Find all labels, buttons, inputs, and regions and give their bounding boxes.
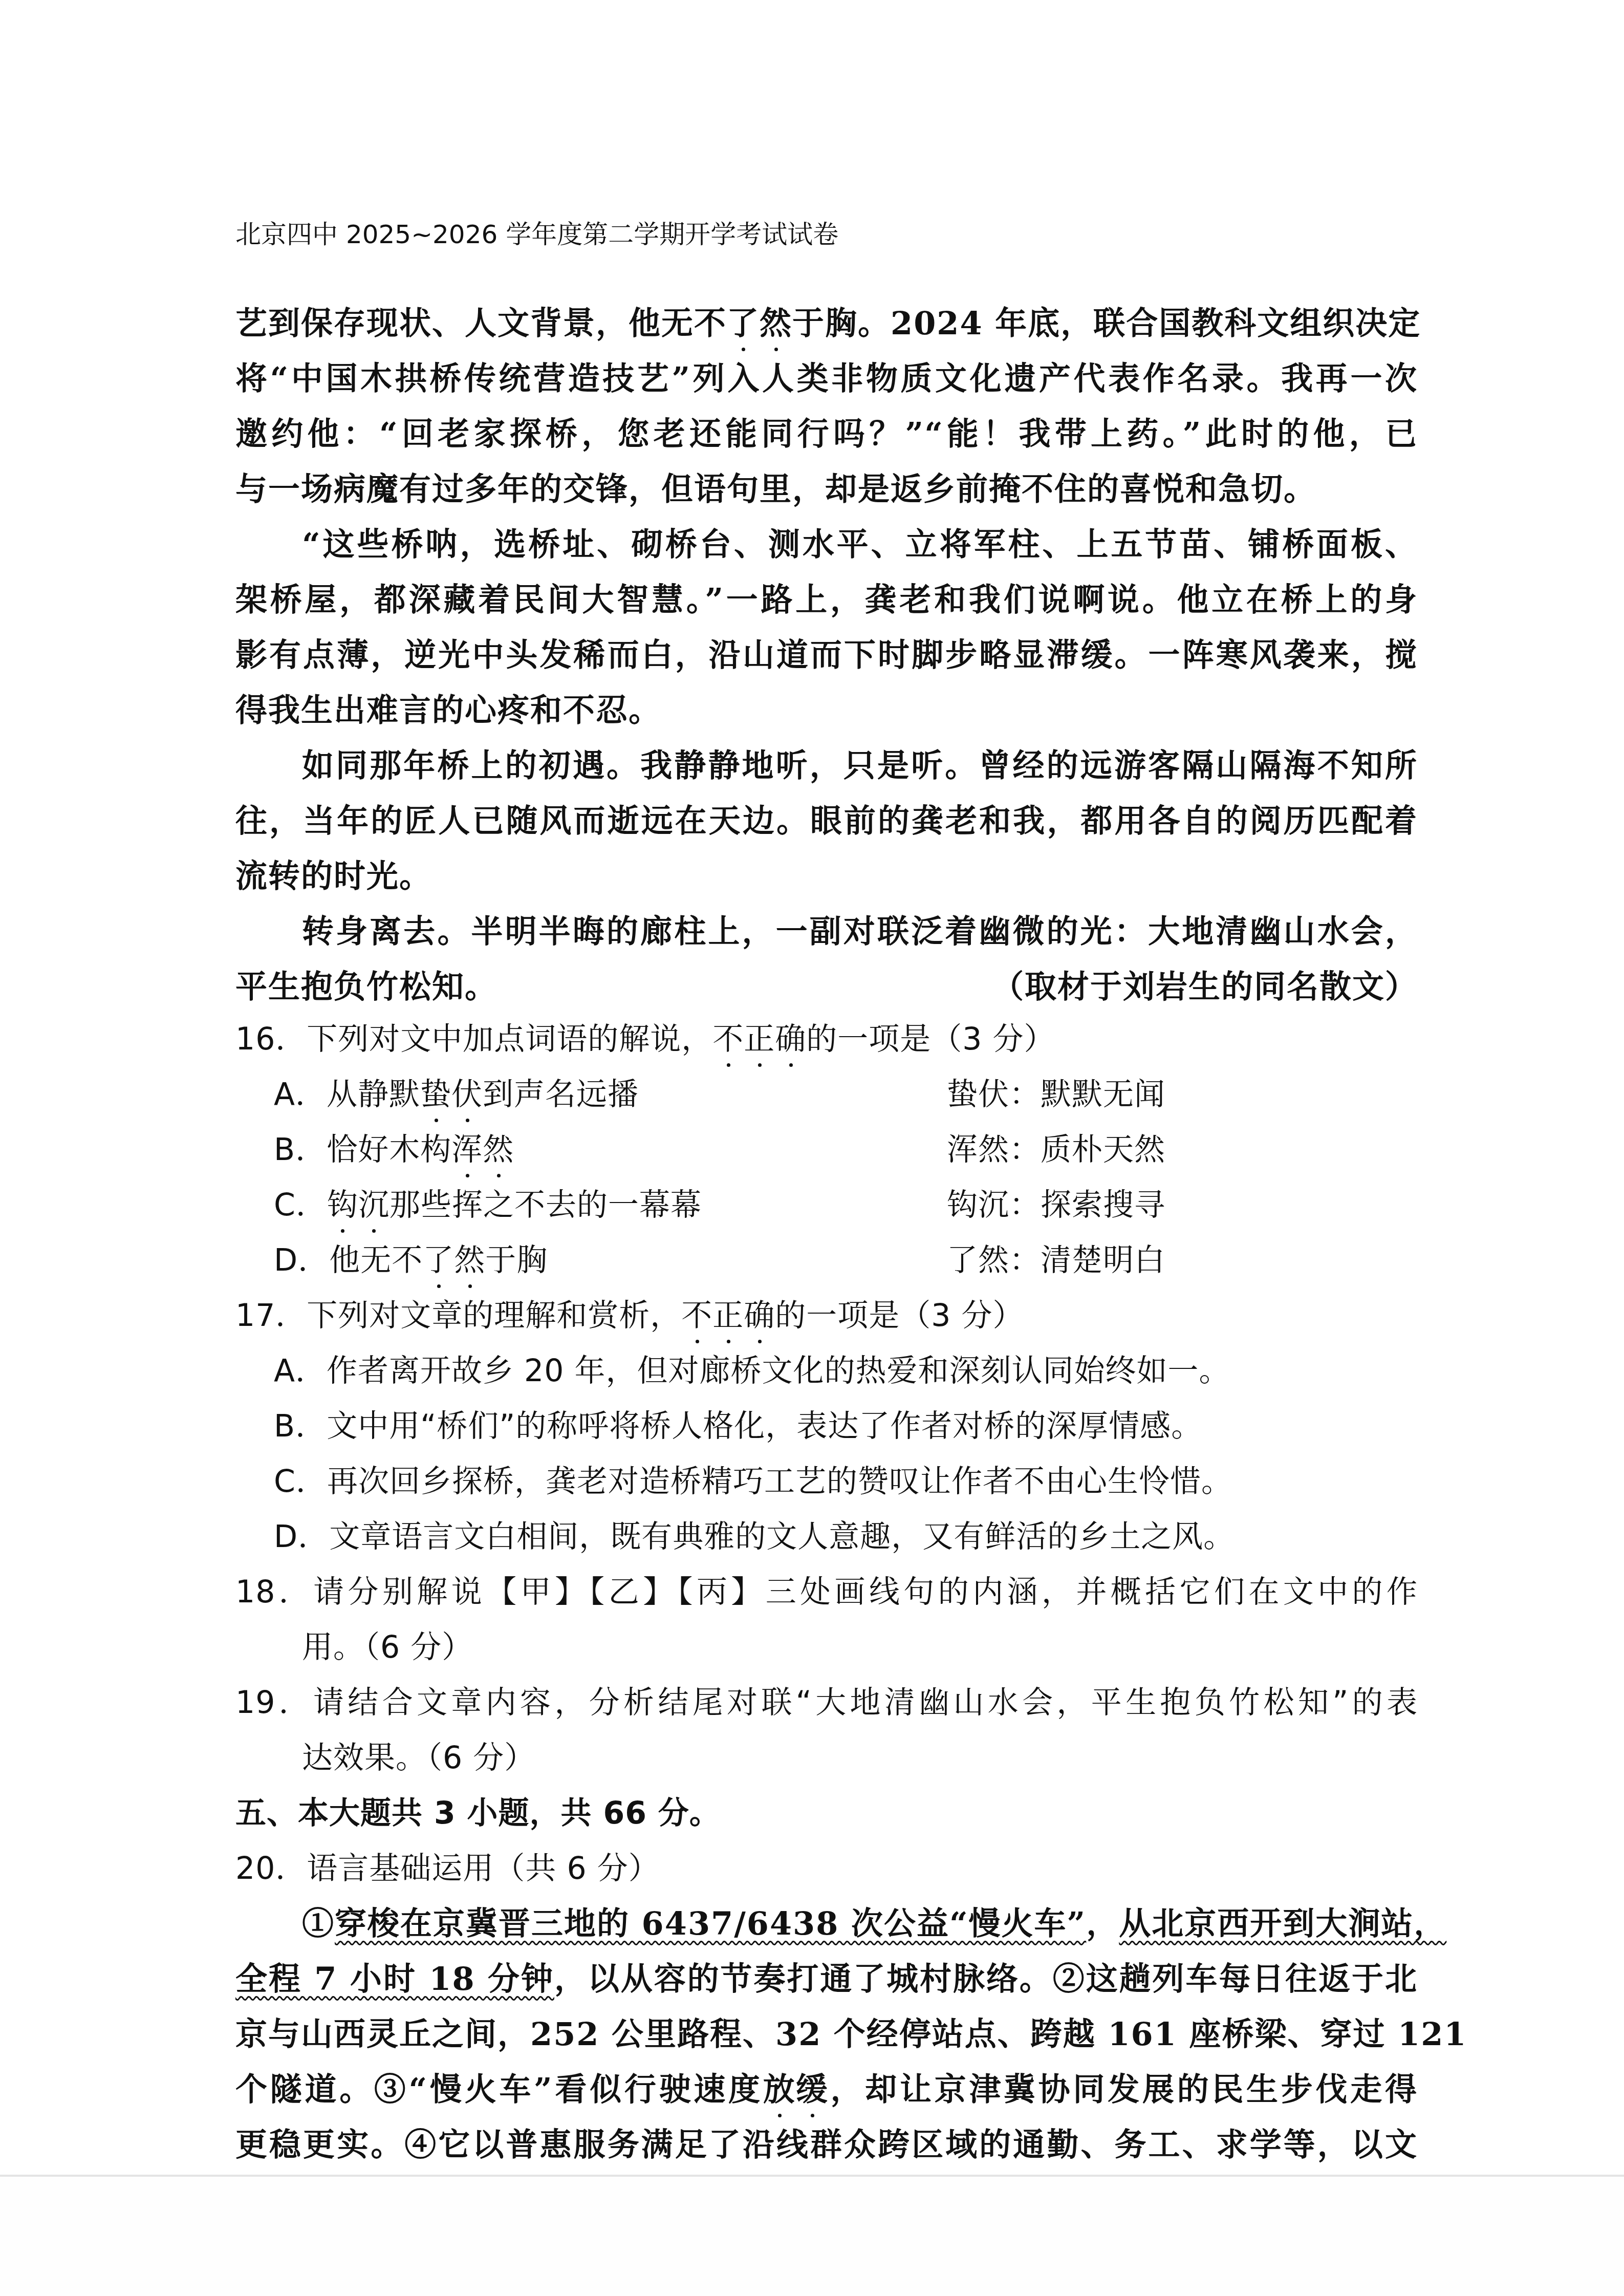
emphasis-dot-char: 缓 bbox=[796, 2069, 829, 2110]
wavy-underlined-text: 穿梭在京冀晋三地的 6437/6438 次公益“慢火车” bbox=[335, 1905, 1086, 1942]
question-16-option-d-definition: 了然：清楚明白 bbox=[947, 1240, 1356, 1281]
question-20-line-4: 个隧道。③“慢火车”看似行驶速度放缓，却让京津冀协同发展的民生步伐走得 bbox=[235, 2069, 1418, 2110]
passage-line-12: 转身离去。半明半晦的廊柱上，一副对联泛着幽微的光：大地清幽山水会， bbox=[302, 911, 1418, 952]
emphasis-dot-char: 不 bbox=[712, 1019, 744, 1060]
section-5-title: 五、本大题共 3 小题，共 66 分。 bbox=[235, 1793, 1418, 1834]
passage-line-10: 往，当年的匠人已随风而逝远在天边。眼前的龚老和我，都用各自的阅历匹配着 bbox=[235, 801, 1418, 842]
question-17-option-b[interactable]: B．文中用“桥们”的称呼将桥人格化，表达了作者对桥的深厚情感。 bbox=[274, 1406, 1349, 1447]
emphasis-dot-char: 了 bbox=[423, 1240, 454, 1281]
text-segment: ， bbox=[1086, 1905, 1119, 1942]
emphasis-dot-char: 沉 bbox=[358, 1185, 389, 1226]
emphasis-dot-char: 浑 bbox=[451, 1129, 483, 1170]
text-segment: 平生抱负竹松知。 bbox=[235, 968, 497, 1005]
emphasis-dot-char: 然 bbox=[454, 1240, 485, 1281]
question-16-option-d[interactable]: D．他无不了然于胸 bbox=[274, 1240, 939, 1281]
text-segment: 那些挥之不去的一幕幕 bbox=[389, 1187, 702, 1223]
passage-line-7: 影有点薄，逆光中头发稀而白，沿山道而下时脚步略显滞缓。一阵寒风袭来，搅 bbox=[235, 635, 1418, 676]
question-20-line-5: 更稳更实。④它以普惠服务满足了沿线群众跨区域的通勤、务工、求学等，以文 bbox=[235, 2125, 1418, 2165]
text-segment: 的一项是（3 分） bbox=[806, 1021, 1055, 1057]
option-label: A． bbox=[274, 1077, 327, 1112]
emphasis-dot-char: 正 bbox=[744, 1019, 775, 1060]
text-segment: 于胸。2024 年底，联合国教科文组织决定 bbox=[792, 305, 1421, 342]
emphasis-dot-char: 确 bbox=[775, 1019, 806, 1060]
question-18-line-2: 用。（6 分） bbox=[302, 1627, 1484, 1668]
question-16-option-a[interactable]: A．从静默蛰伏到声名远播 bbox=[274, 1074, 939, 1115]
text-segment: 从静默 bbox=[327, 1077, 420, 1112]
emphasis-dot-char: 了 bbox=[727, 303, 760, 344]
question-20-line-1: ①穿梭在京冀晋三地的 6437/6438 次公益“慢火车”，从北京西开到大涧站， bbox=[302, 1903, 1418, 1944]
emphasis-dot-char: 钩 bbox=[327, 1185, 358, 1226]
circled-number: ① bbox=[302, 1905, 335, 1942]
wavy-underlined-text: 全程 7 小时 18 分钟 bbox=[235, 1960, 554, 1998]
question-20-line-3: 京与山西灵丘之间，252 公里路程、32 个经停站点、跨越 161 座桥梁、穿过… bbox=[235, 2014, 1418, 2055]
question-16-option-b-definition: 浑然：质朴天然 bbox=[947, 1129, 1356, 1170]
emphasis-dot-char: 放 bbox=[763, 2069, 796, 2110]
question-19-line-1: 19．请结合文章内容，分析结尾对联“大地清幽山水会，平生抱负竹松知”的表 bbox=[235, 1682, 1418, 1723]
passage-line-6: 架桥屋，都深藏着民间大智慧。”一路上，龚老和我们说啊说。他立在桥上的身 bbox=[235, 580, 1418, 620]
text-segment: 17．下列对文章的理解和赏析， bbox=[235, 1298, 681, 1334]
option-label: B． bbox=[274, 1132, 327, 1168]
passage-line-11: 流转的时光。 bbox=[235, 856, 1418, 897]
question-16-option-c-definition: 钩沉：探索搜寻 bbox=[947, 1185, 1356, 1226]
question-16-stem: 16．下列对文中加点词语的解说，不正确的一项是（3 分） bbox=[235, 1019, 1418, 1060]
text-segment: 16．下列对文中加点词语的解说， bbox=[235, 1021, 712, 1057]
passage-line-3: 邀约他：“回老家探桥，您老还能同行吗？”“能！我带上药。”此时的他，已 bbox=[235, 414, 1418, 455]
question-16-option-c[interactable]: C．钩沉那些挥之不去的一幕幕 bbox=[274, 1185, 939, 1226]
emphasis-dot-char: 不 bbox=[681, 1295, 712, 1336]
question-17-option-c[interactable]: C．再次回乡探桥，龚老对造桥精巧工艺的赞叹让作者不由心生怜惜。 bbox=[274, 1461, 1349, 1502]
emphasis-dot-char: 蛰 bbox=[420, 1074, 451, 1115]
text-segment: ，却让京津冀协同发展的民生步伐走得 bbox=[829, 2071, 1418, 2108]
question-17-option-d[interactable]: D．文章语言文白相间，既有典雅的文人意趣，又有鲜活的乡土之风。 bbox=[274, 1516, 1349, 1557]
text-segment: 他无不 bbox=[329, 1242, 423, 1278]
emphasis-dot-char: 确 bbox=[744, 1295, 775, 1336]
emphasis-dot-char: 伏 bbox=[451, 1074, 483, 1115]
exam-page: 北京四中 2025~2026 学年度第二学期开学考试试卷 艺到保存现状、人文背景… bbox=[0, 0, 1624, 2176]
text-segment: 到声名远播 bbox=[483, 1077, 639, 1112]
text-segment: ，以从容的节奏打通了城村脉络。②这趟列车每日往返于北 bbox=[554, 1960, 1418, 1998]
passage-line-1: 艺到保存现状、人文背景，他无不了然于胸。2024 年底，联合国教科文组织决定 bbox=[235, 303, 1418, 344]
question-20-line-2: 全程 7 小时 18 分钟，以从容的节奏打通了城村脉络。②这趟列车每日往返于北 bbox=[235, 1959, 1418, 2000]
question-16-option-b[interactable]: B．恰好木构浑然 bbox=[274, 1129, 939, 1170]
wavy-underlined-text: 从北京西开到大涧站， bbox=[1119, 1905, 1446, 1942]
passage-line-4: 与一场病魔有过多年的交锋，但语句里，却是返乡前掩不住的喜悦和急切。 bbox=[235, 469, 1418, 510]
blank-area bbox=[0, 2177, 1624, 2296]
text-segment: 艺到保存现状、人文背景，他无不 bbox=[235, 305, 727, 342]
option-label: D． bbox=[274, 1242, 329, 1278]
source-citation: （取材于刘岩生的同名散文） bbox=[992, 967, 1418, 1007]
emphasis-dot-char: 然 bbox=[760, 303, 792, 344]
question-17-option-a[interactable]: A．作者离开故乡 20 年，但对廊桥文化的热爱和深刻认同始终如一。 bbox=[274, 1350, 1349, 1391]
text-segment: 个隧道。③“慢火车”看似行驶速度 bbox=[235, 2071, 763, 2108]
question-19-line-2: 达效果。（6 分） bbox=[302, 1737, 1484, 1778]
emphasis-dot-char: 正 bbox=[712, 1295, 744, 1336]
passage-line-9: 如同那年桥上的初遇。我静静地听，只是听。曾经的远游客隔山隔海不知所 bbox=[302, 745, 1418, 786]
passage-line-13: 平生抱负竹松知。 （取材于刘岩生的同名散文） bbox=[235, 967, 1418, 1007]
exam-header: 北京四中 2025~2026 学年度第二学期开学考试试卷 bbox=[235, 214, 838, 251]
question-20-title: 20．语言基础运用（共 6 分） bbox=[235, 1848, 1418, 1889]
emphasis-dot-char: 然 bbox=[483, 1129, 514, 1170]
text-segment: 的一项是（3 分） bbox=[775, 1298, 1024, 1334]
question-17-stem: 17．下列对文章的理解和赏析，不正确的一项是（3 分） bbox=[235, 1295, 1418, 1336]
text-segment: 于胸 bbox=[485, 1242, 548, 1278]
option-label: C． bbox=[274, 1187, 327, 1223]
passage-line-8: 得我生出难言的心疼和不忍。 bbox=[235, 690, 1418, 731]
passage-line-2: 将“中国木拱桥传统营造技艺”列入人类非物质文化遗产代表作名录。我再一次 bbox=[235, 358, 1418, 399]
question-16-option-a-definition: 蛰伏：默默无闻 bbox=[947, 1074, 1356, 1115]
question-18-line-1: 18．请分别解说【甲】【乙】【丙】三处画线句的内涵，并概括它们在文中的作 bbox=[235, 1572, 1418, 1613]
passage-line-5: “这些桥呐，选桥址、砌桥台、测水平、立将军柱、上五节苗、铺桥面板、 bbox=[302, 524, 1418, 565]
text-segment: 恰好木构 bbox=[327, 1132, 451, 1168]
